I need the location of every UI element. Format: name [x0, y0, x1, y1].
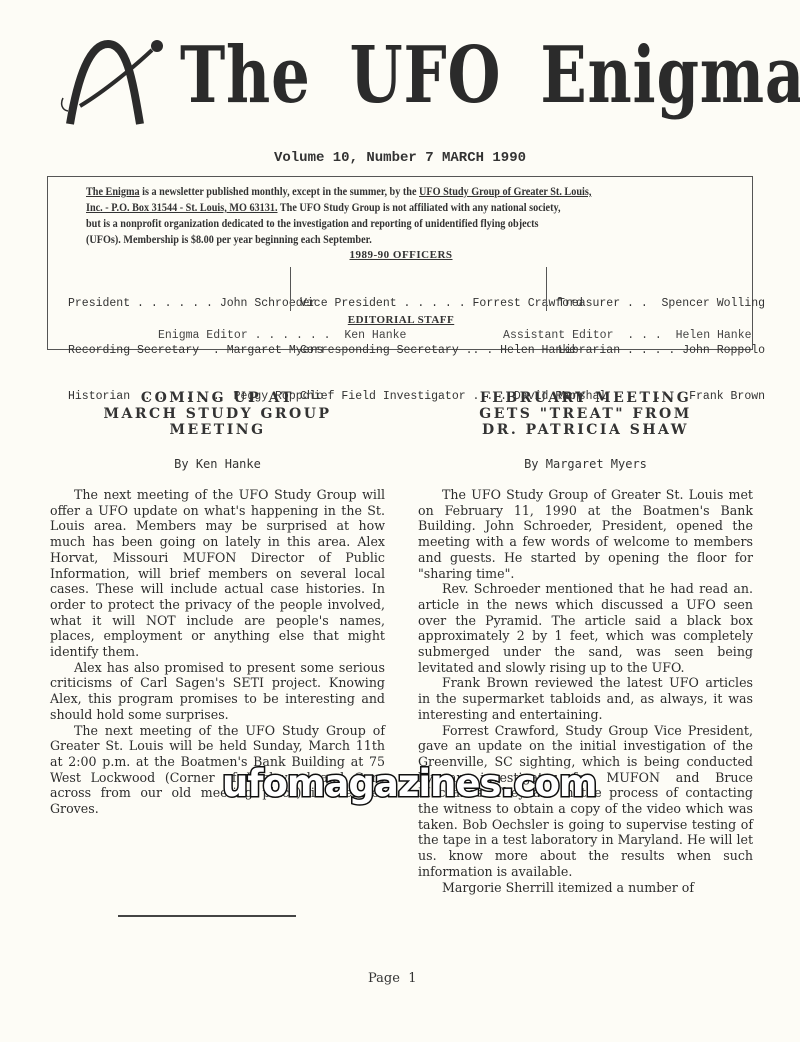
article-end-rule: [118, 915, 296, 917]
paragraph: The next meeting of the UFO Study Group …: [50, 487, 385, 660]
headline-line: COMING UP AT: [50, 390, 385, 406]
officer-entry: Recording Secretary . Margaret Myers: [68, 343, 323, 359]
paragraph: Frank Brown reviewed the latest UFO arti…: [418, 675, 753, 722]
paragraph: Margorie Sherrill itemized a number of: [418, 880, 753, 896]
info-box: The Enigma is a newsletter published mon…: [47, 176, 753, 350]
intro-text-line: The UFO Study Group is not affiliated wi…: [278, 201, 561, 214]
headline-line: MEETING: [50, 422, 385, 438]
intro-text-line: but is a nonprofit organization dedicate…: [86, 217, 539, 230]
article-byline: By Ken Hanke: [50, 457, 385, 471]
intro-text-line: (UFOs). Membership is $8.00 per year beg…: [86, 233, 372, 246]
article-byline: By Margaret Myers: [418, 457, 753, 471]
intro-text: The Enigma is a newsletter published mon…: [86, 184, 649, 248]
headline-line: MARCH STUDY GROUP: [50, 406, 385, 422]
article-coming-up: COMING UP AT MARCH STUDY GROUP MEETING B…: [50, 390, 385, 817]
article-headline: COMING UP AT MARCH STUDY GROUP MEETING: [50, 390, 385, 438]
paragraph: Rev. Schroeder mentioned that he had rea…: [418, 581, 753, 675]
article-body: The UFO Study Group of Greater St. Louis…: [418, 487, 753, 895]
column-divider: [290, 267, 291, 311]
paragraph: The UFO Study Group of Greater St. Louis…: [418, 487, 753, 581]
column-divider: [546, 267, 547, 311]
headline-line: DR. PATRICIA SHAW: [418, 422, 753, 438]
paragraph: Alex has also promised to present some s…: [50, 660, 385, 723]
intro-enigma: The Enigma: [86, 185, 140, 198]
masthead: The UFO Enigma: [60, 36, 760, 131]
editorial-staff-line: Enigma Editor . . . . . . Ken Hanke Assi…: [158, 329, 718, 342]
officer-entry: Corresponding Secretary .. . Helen Hanke: [300, 343, 583, 359]
issue-line: Volume 10, Number 7 MARCH 1990: [0, 150, 800, 166]
officer-entry: Librarian . . . . John Roppolo: [558, 343, 765, 359]
intro-group-name: UFO Study Group of Greater St. Louis,: [419, 185, 591, 198]
officer-entry: Vice President . . . . . Forrest Crawfor…: [300, 296, 583, 312]
page-number: Page 1: [368, 971, 416, 986]
intro-address: Inc. - P.O. Box 31544 - St. Louis, MO 63…: [86, 201, 278, 214]
intro-text-line: is a newsletter published monthly, excep…: [140, 185, 419, 198]
officer-entry: Treasurer . . Spencer Wolling: [558, 296, 765, 312]
editorial-staff-heading: EDITORIAL STAFF: [48, 314, 754, 326]
newsletter-title: The UFO Enigma: [180, 30, 800, 121]
officer-entry: President . . . . . . John Schroeder: [68, 296, 323, 312]
headline-line: FEBRUARY MEETING: [418, 390, 753, 406]
article-february-meeting: FEBRUARY MEETING GETS "TREAT" FROM DR. P…: [418, 390, 753, 895]
headline-line: GETS "TREAT" FROM: [418, 406, 753, 422]
ufo-study-group-logo-icon: [60, 36, 165, 126]
officers-heading: 1989-90 OFFICERS: [48, 249, 754, 261]
watermark: ufomagazines.com: [222, 762, 596, 805]
article-headline: FEBRUARY MEETING GETS "TREAT" FROM DR. P…: [418, 390, 753, 438]
